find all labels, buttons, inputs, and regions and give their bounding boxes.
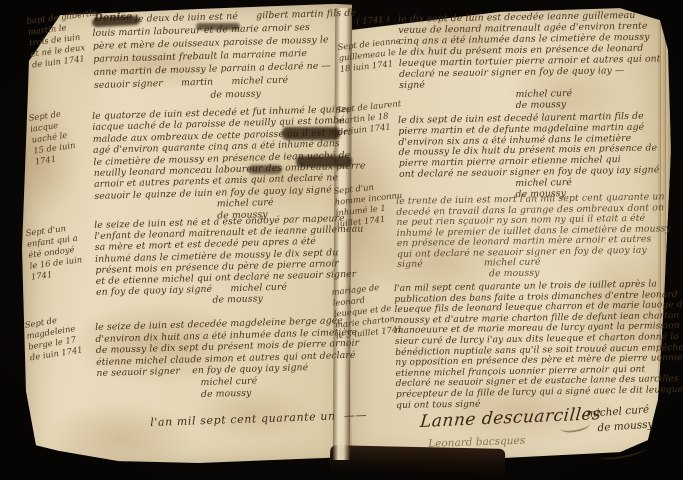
burial-entry-laurent-martin: le dix sept de iuin est decedé laurent m… [398,111,660,202]
ink-scribble [196,23,240,30]
burial-entry-infant-maitrenault: le seize de iuin est né et a este ondoyé… [94,212,365,309]
margin-note-burial-jeanne-guillemeau: Sept de ieanne guillemeau le 18 iuin 174… [337,35,404,74]
marriage-entry-leveque-charton: l'an mil sept cent quarante un le trois … [394,279,683,412]
signature-michel-cure: michel curé de moussy [586,402,654,437]
burial-entry-magdeleine-berge: le seize de iuin est decedée magdeleine … [95,315,361,403]
ink-blot [296,156,352,167]
burial-entry-unknown-man: le trente de iuin est mort l'an mil sept… [396,192,672,281]
margin-year-note: ( 1741 ) [356,14,390,27]
manuscript-scan: bapt de gilbertle martin le trois de iui… [0,0,683,480]
ink-blot [282,127,340,140]
page-stack-shadow [330,445,506,476]
burial-entry-jeanne-guillemeau: le dix sept de iuin est decedée ieanne g… [398,9,661,113]
margin-note-burial-infant: Sept d'un enfant qui a été ondoyé le 16 … [25,222,84,283]
margin-note-marriage-leveque-charton: mariage de leonard leueque et de marie c… [331,280,403,342]
margin-note-burial-laurent-martin: Sept de laurent martin le 18 de iuin 174… [335,98,404,138]
margin-note-burial-magdeleine-berge: Sept de magdeleine berge le 17 de iuin 1… [24,312,83,364]
margin-note-burial-unknown-man: Sept d'un homme inconnu inhumé le 1 iuil… [333,179,405,230]
ink-blot [248,165,282,174]
margin-note-burial-jacque-vache: Sept de iacque uaché le 15 de iuin 1741 [28,107,78,167]
